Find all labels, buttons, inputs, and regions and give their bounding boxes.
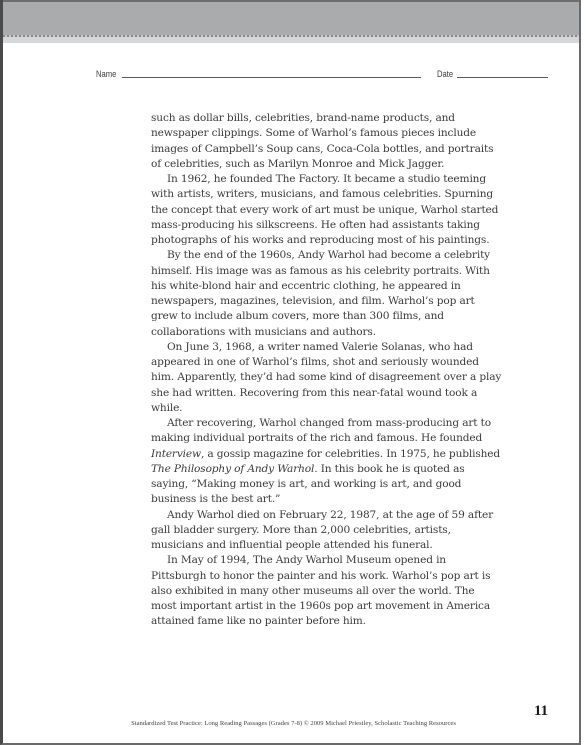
book-title: The Philosophy of Andy Warhol bbox=[151, 463, 314, 475]
header-light-band bbox=[3, 37, 579, 43]
footer-credit: Standardized Test Practice: Long Reading… bbox=[3, 720, 584, 727]
paragraph: such as dollar bills, celebrities, brand… bbox=[151, 111, 503, 172]
page-number: 11 bbox=[534, 703, 548, 720]
paragraph: Andy Warhol died on February 22, 1987, a… bbox=[151, 508, 503, 554]
paragraph-text: After recovering, Warhol changed from ma… bbox=[151, 417, 491, 444]
date-label: Date bbox=[437, 69, 453, 79]
magazine-title: Interview bbox=[151, 448, 201, 460]
paragraph: On June 3, 1968, a writer named Valerie … bbox=[151, 340, 503, 416]
worksheet-page: Name Date such as dollar bills, celebrit… bbox=[0, 0, 581, 745]
name-label: Name bbox=[96, 69, 116, 79]
paragraph: By the end of the 1960s, Andy Warhol had… bbox=[151, 248, 503, 340]
paragraph-text: , a gossip magazine for celebrities. In … bbox=[201, 448, 500, 460]
name-field-line[interactable] bbox=[122, 77, 421, 78]
paragraph: In May of 1994, The Andy Warhol Museum o… bbox=[151, 553, 503, 629]
paragraph: In 1962, he founded The Factory. It beca… bbox=[151, 172, 503, 248]
paragraph: After recovering, Warhol changed from ma… bbox=[151, 416, 503, 508]
name-date-row: Name Date bbox=[93, 68, 553, 82]
header-band bbox=[3, 0, 579, 37]
reading-passage: such as dollar bills, celebrities, brand… bbox=[151, 111, 503, 630]
date-field-line[interactable] bbox=[457, 77, 548, 78]
